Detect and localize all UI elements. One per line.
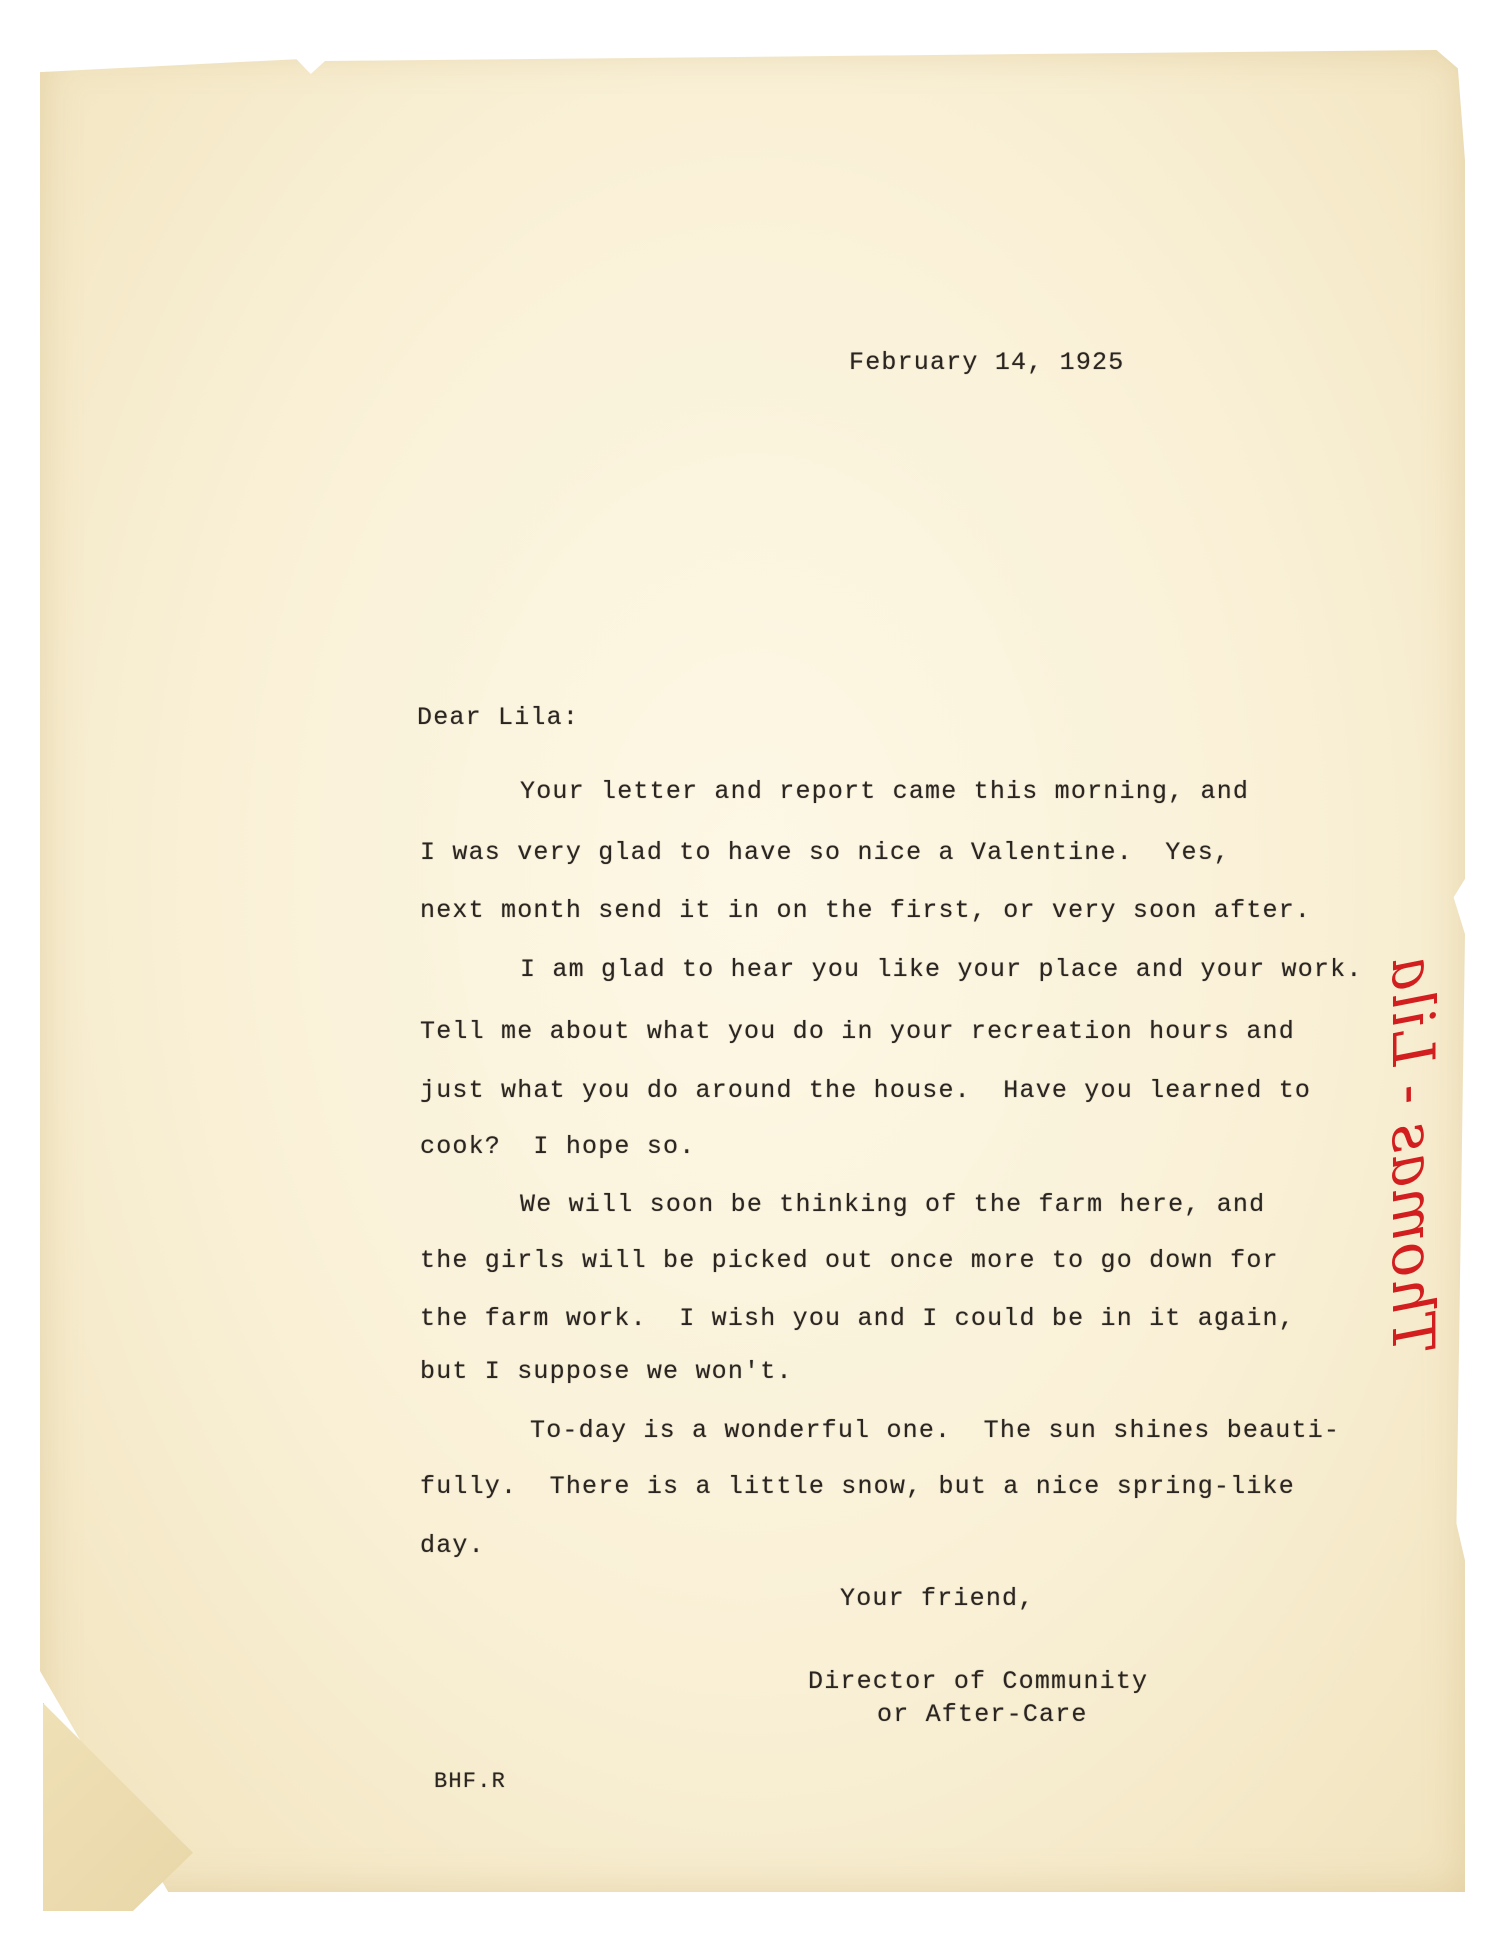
typist-initials: BHF.R	[434, 1769, 506, 1794]
body-line: I am glad to hear you like your place an…	[520, 955, 1363, 984]
body-line: day.	[420, 1531, 485, 1560]
body-line: just what you do around the house. Have …	[420, 1076, 1311, 1105]
body-line: the girls will be picked out once more t…	[420, 1246, 1279, 1275]
body-line: but I suppose we won't.	[420, 1357, 793, 1386]
body-line: cook? I hope so.	[420, 1132, 695, 1161]
body-line: next month send it in on the first, or v…	[420, 896, 1311, 925]
signature-title-line2: or After-Care	[877, 1700, 1088, 1729]
body-line: To-day is a wonderful one. The sun shine…	[530, 1416, 1340, 1445]
body-line: the farm work. I wish you and I could be…	[420, 1304, 1295, 1333]
body-line: Tell me about what you do in your recrea…	[420, 1017, 1295, 1046]
letter-date: February 14, 1925	[849, 348, 1124, 377]
body-line: We will soon be thinking of the farm her…	[520, 1190, 1265, 1219]
body-line: fully. There is a little snow, but a nic…	[420, 1472, 1295, 1501]
signature-title-line1: Director of Community	[808, 1667, 1148, 1696]
body-line: I was very glad to have so nice a Valent…	[420, 838, 1230, 867]
salutation: Dear Lila:	[417, 703, 579, 732]
handwritten-annotation: Thomas - Lila	[1368, 930, 1458, 1380]
body-line: Your letter and report came this morning…	[520, 777, 1249, 806]
closing: Your friend,	[840, 1584, 1034, 1613]
